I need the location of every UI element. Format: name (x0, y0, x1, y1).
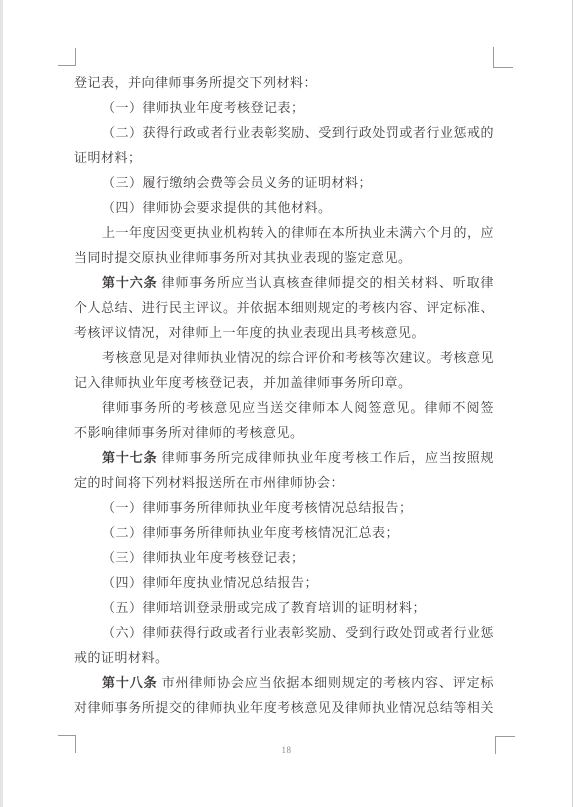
text-line: 第十六条 律师事务所应当认真核查律师提交的相关材料、听取律师 (74, 270, 494, 295)
text-line: 考核意见是对律师执业情况的综合评价和考核等次建议。考核意见 (74, 345, 494, 370)
article-number: 第十七条 (102, 450, 157, 465)
article-number: 第十六条 (102, 275, 157, 290)
text-line: 证明材料； (74, 145, 494, 170)
crop-mark-top-right (493, 47, 513, 68)
text-line: 考核评议情况，对律师上一年度的执业表现出具考核意见。 (74, 320, 494, 345)
document-body: 登记表，并向律师事务所提交下列材料：（一）律师执业年度考核登记表；（二）获得行政… (74, 70, 494, 720)
text-line: （一）律师事务所律师执业年度考核情况总结报告； (74, 495, 494, 520)
text-line: 记入律师执业年度考核登记表，并加盖律师事务所印章。 (74, 370, 494, 395)
text-line: 不影响律师事务所对律师的考核意见。 (74, 420, 494, 445)
text-line: （三）履行缴纳会费等会员义务的证明材料； (74, 170, 494, 195)
text-line: （三）律师执业年度考核登记表； (74, 545, 494, 570)
text-line: 第十七条 律师事务所完成律师执业年度考核工作后，应当按照规 (74, 445, 494, 470)
article-number: 第十八条 (102, 675, 157, 690)
text-line: 定的时间将下列材料报送所在市州律师协会： (74, 470, 494, 495)
text-line: （四）律师年度执业情况总结报告； (74, 570, 494, 595)
text-line: 戒的证明材料。 (74, 645, 494, 670)
text-line: 个人总结、进行民主评议。并依据本细则规定的考核内容、评定标准、 (74, 295, 494, 320)
page-left-edge (0, 0, 3, 807)
text-line: 登记表，并向律师事务所提交下列材料： (74, 70, 494, 95)
text-line: （二）律师事务所律师执业年度考核情况汇总表； (74, 520, 494, 545)
text-line: （四）律师协会要求提供的其他材料。 (74, 195, 494, 220)
text-line: 对律师事务所提交的律师执业年度考核意见及律师执业情况总结等相关 (74, 695, 494, 720)
text-line: （五）律师培训登录册或完成了教育培训的证明材料； (74, 595, 494, 620)
text-line: （六）律师获得行政或者行业表彰奖励、受到行政处罚或者行业惩 (74, 620, 494, 645)
text-line: 当同时提交原执业律师事务所对其执业表现的鉴定意见。 (74, 245, 494, 270)
page-number: 18 (0, 745, 573, 755)
text-line: （一）律师执业年度考核登记表； (74, 95, 494, 120)
text-line: 上一年度因变更执业机构转入的律师在本所执业未满六个月的，应 (74, 220, 494, 245)
text-line: （二）获得行政或者行业表彰奖励、受到行政处罚或者行业惩戒的 (74, 120, 494, 145)
crop-mark-top-left (58, 48, 76, 66)
text-line: 第十八条 市州律师协会应当依据本细则规定的考核内容、评定标准， (74, 670, 494, 695)
text-line: 律师事务所的考核意见应当送交律师本人阅签意见。律师不阅签的， (74, 395, 494, 420)
document-page: 登记表，并向律师事务所提交下列材料：（一）律师执业年度考核登记表；（二）获得行政… (0, 0, 573, 807)
